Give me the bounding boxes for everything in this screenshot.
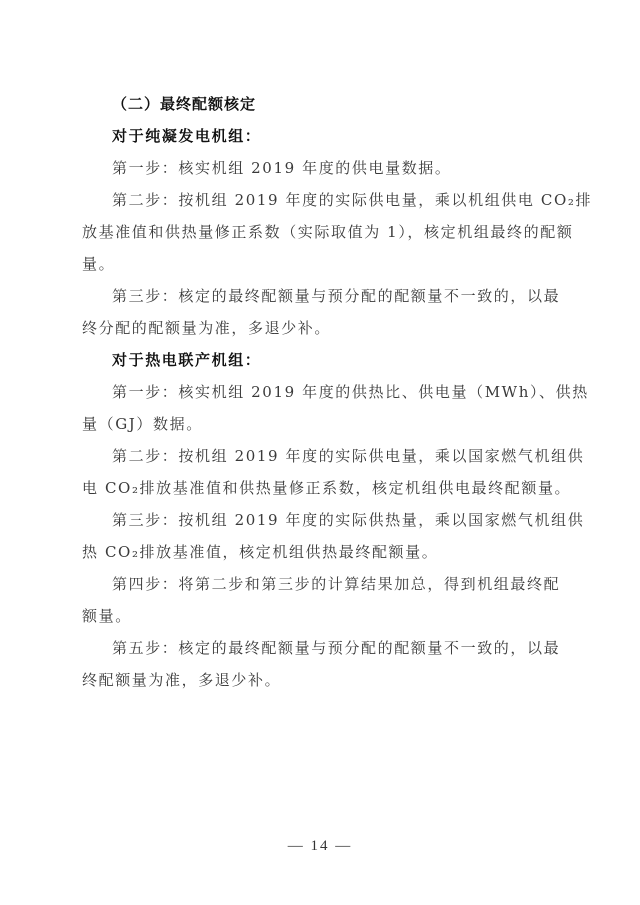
paragraph-line: 第二步：按机组 2019 年度的实际供电量，乘以国家燃气机组供	[82, 440, 560, 472]
paragraph-line: 第一步：核实机组 2019 年度的供热比、供电量（MWh）、供热	[82, 376, 560, 408]
condensing-step-3: 第三步：核定的最终配额量与预分配的配额量不一致的，以最 终分配的配额量为准，多退…	[82, 280, 560, 344]
condensing-step-1: 第一步：核实机组 2019 年度的供电量数据。	[82, 152, 560, 184]
paragraph-line: 第三步：按机组 2019 年度的实际供热量，乘以国家燃气机组供	[82, 504, 560, 536]
page-number: — 14 —	[0, 838, 640, 855]
paragraph-line: 第四步：将第二步和第三步的计算结果加总，得到机组最终配	[82, 568, 560, 600]
chp-step-1: 第一步：核实机组 2019 年度的供热比、供电量（MWh）、供热 量（GJ）数据…	[82, 376, 560, 440]
paragraph-line: 额量。	[82, 600, 560, 632]
condensing-step-2: 第二步：按机组 2019 年度的实际供电量，乘以机组供电 CO₂排 放基准值和供…	[82, 184, 560, 280]
paragraph-line: 热 CO₂排放基准值，核定机组供热最终配额量。	[82, 536, 560, 568]
paragraph-line: 第五步：核定的最终配额量与预分配的配额量不一致的，以最	[82, 632, 560, 664]
paragraph-line: 量（GJ）数据。	[82, 408, 560, 440]
section-heading: （二）最终配额核定	[82, 88, 560, 120]
paragraph-line: 终分配的配额量为准，多退少补。	[82, 312, 560, 344]
paragraph-line: 电 CO₂排放基准值和供热量修正系数，核定机组供电最终配额量。	[82, 472, 560, 504]
chp-step-3: 第三步：按机组 2019 年度的实际供热量，乘以国家燃气机组供 热 CO₂排放基…	[82, 504, 560, 568]
chp-step-2: 第二步：按机组 2019 年度的实际供电量，乘以国家燃气机组供 电 CO₂排放基…	[82, 440, 560, 504]
chp-step-4: 第四步：将第二步和第三步的计算结果加总，得到机组最终配 额量。	[82, 568, 560, 632]
document-page: （二）最终配额核定 对于纯凝发电机组： 第一步：核实机组 2019 年度的供电量…	[82, 88, 560, 696]
paragraph-line: 第一步：核实机组 2019 年度的供电量数据。	[82, 152, 560, 184]
condensing-units-title: 对于纯凝发电机组：	[82, 120, 560, 152]
chp-step-5: 第五步：核定的最终配额量与预分配的配额量不一致的，以最 终配额量为准，多退少补。	[82, 632, 560, 696]
paragraph-line: 量。	[82, 248, 560, 280]
paragraph-line: 第二步：按机组 2019 年度的实际供电量，乘以机组供电 CO₂排	[82, 184, 560, 216]
chp-units-title: 对于热电联产机组：	[82, 344, 560, 376]
paragraph-line: 终配额量为准，多退少补。	[82, 664, 560, 696]
paragraph-line: 放基准值和供热量修正系数（实际取值为 1），核定机组最终的配额	[82, 216, 560, 248]
paragraph-line: 第三步：核定的最终配额量与预分配的配额量不一致的，以最	[82, 280, 560, 312]
